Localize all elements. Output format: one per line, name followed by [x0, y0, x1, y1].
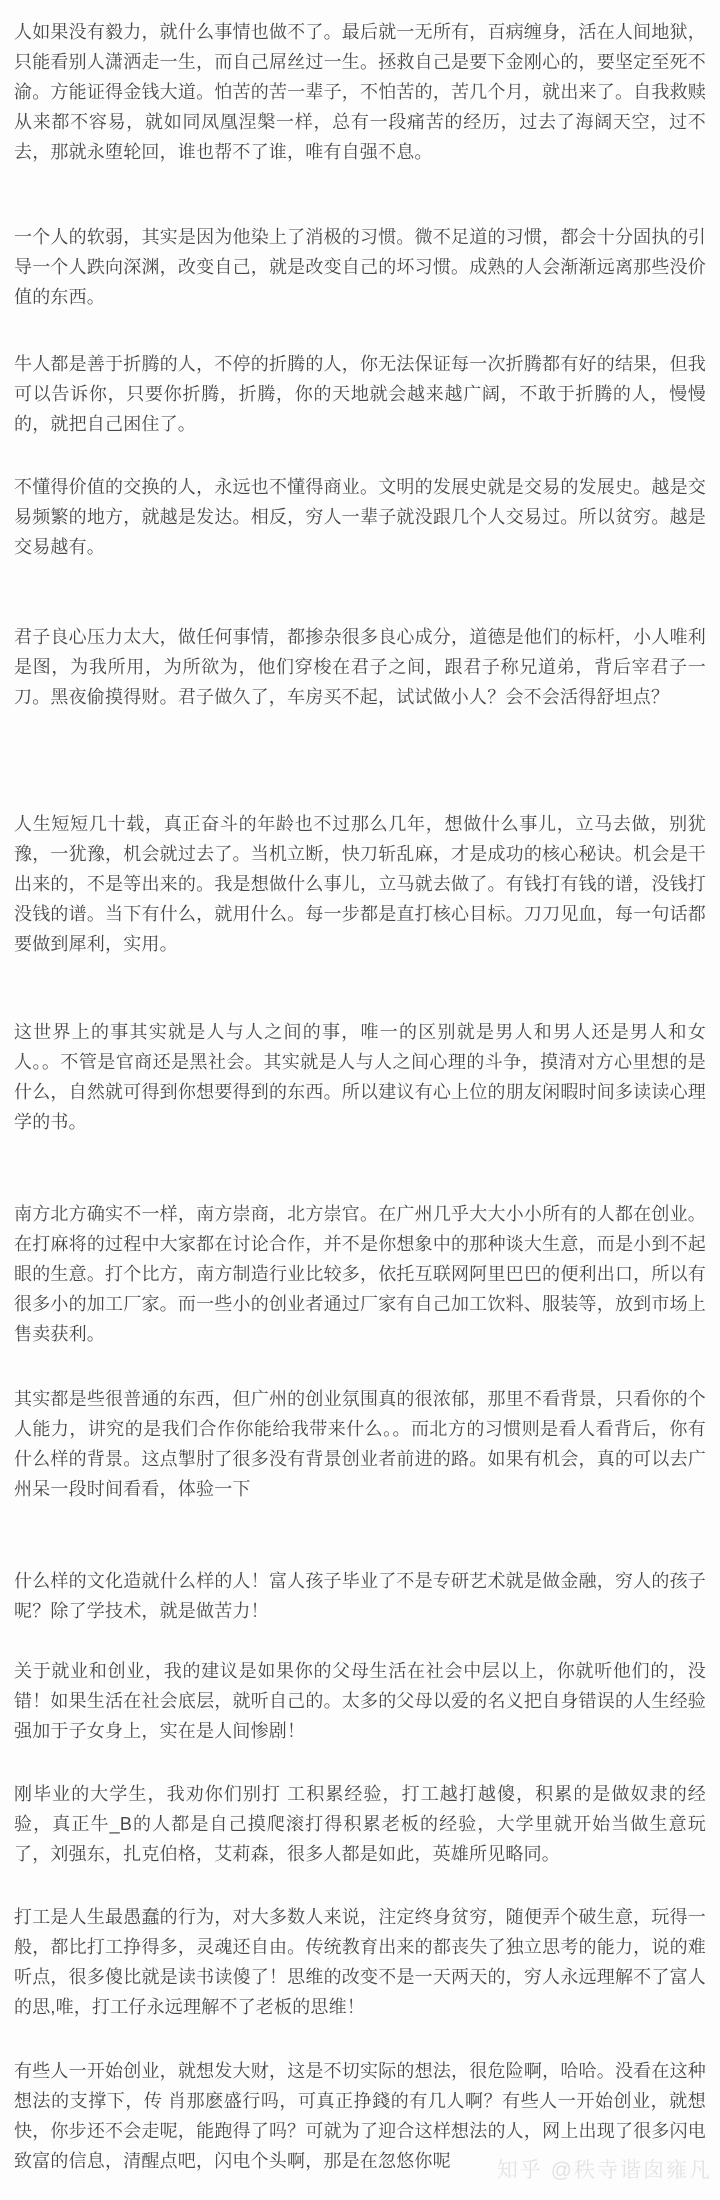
paragraph: 牛人都是善于折腾的人，不停的折腾的人，你无法保证每一次折腾都有好的结果，但我可以…	[14, 349, 706, 439]
paragraph: 南方北方确实不一样，南方崇商，北方崇官。在广州几乎大大小小所有的人都在创业。在打…	[14, 1199, 706, 1349]
paragraph: 关于就业和创业，我的建议是如果你的父母生活在社会中层以上，你就听他们的，没错！如…	[14, 1656, 706, 1746]
paragraph: 这世界上的事其实就是人与人之间的事，唯一的区别就是男人和男人还是男人和女人。。不…	[14, 1017, 706, 1137]
paragraph: 不懂得价值的交换的人，永远也不懂得商业。文明的发展史就是交易的发展史。越是交易频…	[14, 472, 706, 562]
paragraph: 人如果没有毅力，就什么事情也做不了。最后就一无所有，百病缠身，活在人间地狱，只能…	[14, 17, 706, 167]
paragraph: 君子良心压力太大，做任何事情，都掺杂很多良心成分，道德是他们的标杆，小人唯利是图…	[14, 622, 706, 712]
paragraph: 人生短短几十载，真正奋斗的年龄也不过那么几年，想做什么事儿，立马去做，别犹豫，一…	[14, 809, 706, 959]
zhihu-watermark: 知乎 @秩寺谐囱雍凡	[497, 2154, 712, 2184]
paragraph: 刚毕业的大学生，我劝你们别打 工积累经验，打工越打越傻，积累的是做奴隶的经验，真…	[14, 1779, 706, 1869]
paragraph: 打工是人生最愚蠢的行为，对大多数人来说，注定终身贫穷，随便弄个破生意，玩得一般，…	[14, 1902, 706, 2022]
paragraph-list: 人如果没有毅力，就什么事情也做不了。最后就一无所有，百病缠身，活在人间地狱，只能…	[14, 17, 706, 2176]
paragraph: 一个人的软弱，其实是因为他染上了消极的习惯。微不足道的习惯，都会十分固执的引导一…	[14, 222, 706, 312]
paragraph: 其实都是些很普通的东西，但广州的创业氛围真的很浓郁，那里不看背景，只看你的个人能…	[14, 1384, 706, 1504]
article-body: 人如果没有毅力，就什么事情也做不了。最后就一无所有，百病缠身，活在人间地狱，只能…	[0, 0, 720, 2176]
paragraph: 什么样的文化造就什么样的人！富人孩子毕业了不是专研艺术就是做金融，穷人的孩子呢？…	[14, 1566, 706, 1626]
